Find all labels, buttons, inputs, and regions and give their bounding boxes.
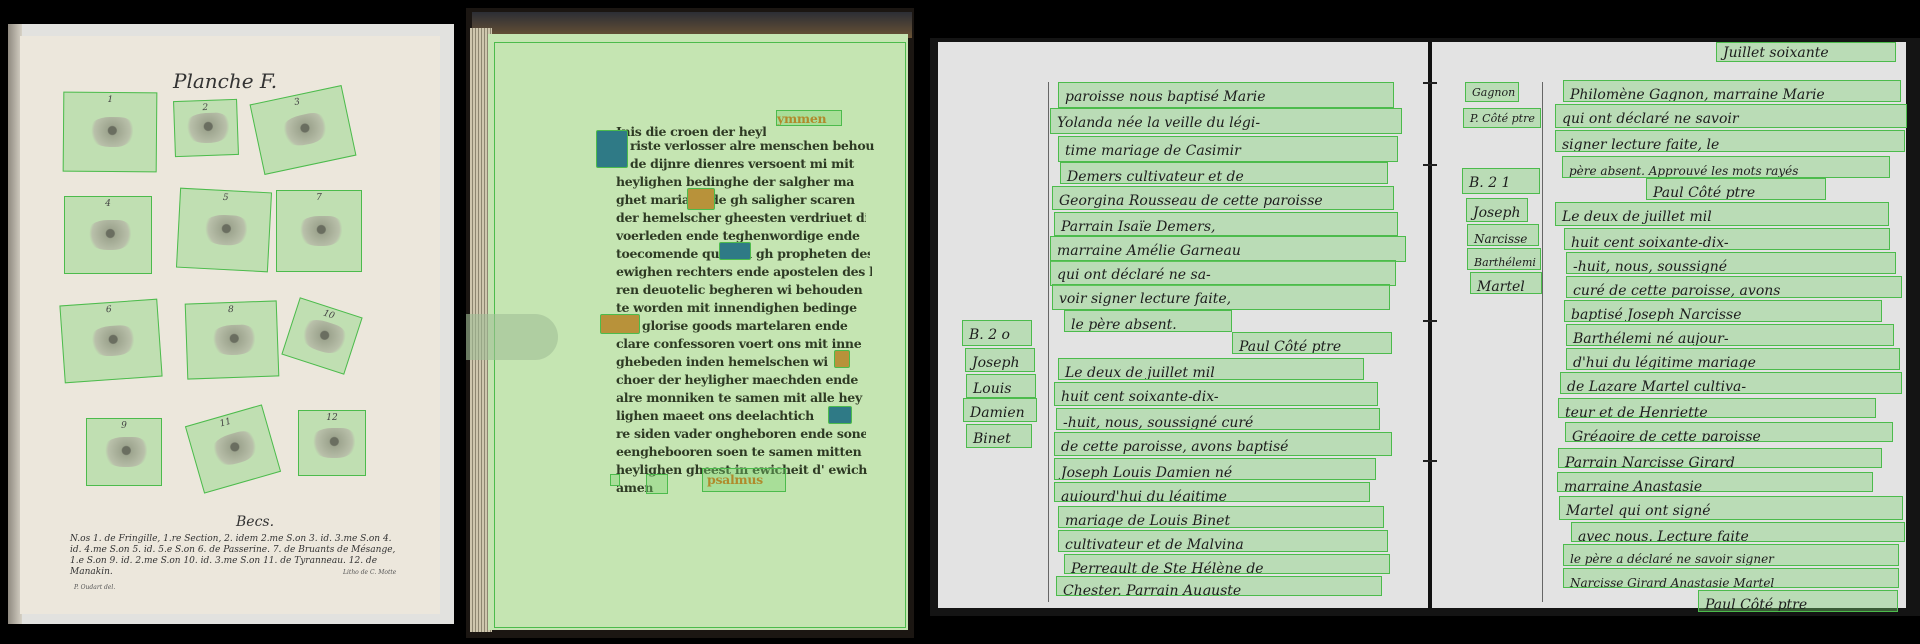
text-line[interactable]: time mariage de Casimir — [1058, 136, 1398, 162]
text-line[interactable]: Joseph Louis Damien né — [1054, 458, 1376, 480]
manuscript-panel: Inis die croen der heylighen ymmen riste… — [466, 8, 914, 638]
ms-line: Inis die croen der heylighen — [616, 124, 766, 139]
margin-entry-line[interactable]: Barthélemi — [1467, 248, 1541, 270]
bird-head-image — [87, 324, 135, 357]
plate-title: Planche F. — [173, 69, 277, 93]
initial-o-box[interactable] — [719, 242, 751, 260]
ms-line: choer der heyligher maechden ende — [616, 372, 866, 387]
text-line[interactable]: d'hui du légitime mariage — [1566, 348, 1900, 370]
bird-head-image — [208, 324, 255, 356]
text-line[interactable]: avec nous. Lecture faite — [1571, 522, 1905, 542]
initial-a-box[interactable] — [646, 474, 668, 494]
ms-line: der hemelscher gheesten verdriuet die — [616, 210, 866, 225]
ms-line: eenghebooren soen te samen mitten — [616, 444, 866, 459]
text-line[interactable]: Georgina Rousseau de cette paroisse — [1052, 186, 1394, 210]
ms-line: ren deuotelic begheren wi behouden — [616, 282, 866, 297]
initial-c-box[interactable] — [596, 130, 628, 168]
bird-head-image — [207, 428, 259, 470]
text-line[interactable]: Demers cultivateur et de — [1060, 162, 1388, 184]
text-line[interactable]: père absent. Approuvé les mots rayés — [1562, 156, 1890, 178]
ms-line: lighen maeet ons deelachtich — [616, 408, 838, 423]
rubric-ymmen[interactable]: ymmen — [776, 110, 842, 126]
text-line[interactable]: baptisé Joseph Narcisse — [1564, 300, 1882, 322]
ms-line: alre monniken te samen mit alle hey — [616, 390, 872, 405]
figure-box-5[interactable]: 5 — [176, 188, 272, 273]
bird-head-image — [85, 220, 131, 250]
text-line[interactable]: Barthélemi né aujour- — [1566, 324, 1894, 346]
margin-note-line[interactable]: Gagnon — [1465, 82, 1519, 102]
text-line[interactable]: Martel qui ont signé — [1559, 496, 1903, 520]
margin-entry-line[interactable]: Joseph — [1466, 198, 1528, 222]
text-line[interactable]: Chester. Parrain Auguste — [1056, 576, 1382, 596]
bookmark-ribbon — [466, 314, 558, 360]
ms-line: te worden mit innendighen bedinge — [616, 300, 870, 315]
text-line[interactable]: -huit, nous, soussigné curé — [1056, 408, 1380, 430]
text-line[interactable]: marraine Amélie Garneau — [1050, 236, 1406, 262]
figure-box-4[interactable]: 4 — [64, 196, 152, 274]
left-margin-rule — [1048, 82, 1049, 602]
text-line[interactable]: Le deux de juillet mil — [1555, 202, 1889, 226]
ms-line: re siden vader ongheboren ende sone — [616, 426, 866, 441]
margin-entry-line[interactable]: B. 2 o — [962, 320, 1032, 346]
bird-head-image — [101, 437, 147, 467]
figure-box-9[interactable]: 9 — [86, 418, 162, 486]
fold-tick — [1423, 164, 1437, 166]
text-line[interactable]: Perreault de Ste Hélène de — [1064, 554, 1390, 574]
text-line[interactable]: curé de cette paroisse, avons — [1566, 276, 1902, 298]
ms-line: clare confessoren voert ons mit inne — [616, 336, 872, 351]
figure-box-12[interactable]: 12 — [298, 410, 366, 476]
text-line[interactable]: signer lecture faite, le — [1555, 130, 1905, 152]
bird-head-image — [182, 112, 229, 144]
margin-entry-line[interactable]: Joseph — [965, 348, 1035, 372]
text-line[interactable]: marraine Anastasie — [1557, 472, 1873, 492]
text-line[interactable]: Parrain Narcisse Girard — [1558, 448, 1882, 468]
bird-head-image — [277, 111, 328, 150]
text-line[interactable]: huit cent soixante-dix- — [1564, 228, 1890, 250]
text-line[interactable]: le père a déclaré ne savoir signer — [1563, 544, 1899, 566]
text-line[interactable]: Narcisse Girard Anastasie Martel — [1563, 568, 1899, 588]
signature-line[interactable]: Paul Côté ptre — [1232, 332, 1392, 354]
rubric-psalmus[interactable]: psalmus — [702, 468, 786, 492]
text-line[interactable]: aujourd'hui du légitime — [1054, 482, 1370, 502]
right-margin-rule — [1542, 82, 1543, 602]
initial-g-box[interactable] — [828, 406, 852, 424]
small-initial-box[interactable] — [610, 474, 620, 486]
text-line[interactable]: -huit, nous, soussigné — [1566, 252, 1896, 274]
fold-tick — [1423, 320, 1437, 322]
initial-d-box[interactable] — [834, 350, 850, 368]
ms-line: voerleden ende teghenwordige ende — [616, 228, 860, 243]
margin-entry-line[interactable]: B. 2 1 — [1462, 168, 1540, 194]
text-line[interactable]: Le deux de juillet mil — [1058, 358, 1364, 380]
margin-entry-line[interactable]: Narcisse — [1467, 224, 1539, 246]
figure-box-2[interactable]: 2 — [173, 99, 239, 157]
text-line[interactable]: huit cent soixante-dix- — [1054, 382, 1378, 406]
figure-box-7[interactable]: 7 — [276, 190, 362, 272]
manuscript-page: Inis die croen der heylighen ymmen riste… — [488, 34, 908, 630]
ms-line: de dijnre dienres versoent mi mit — [630, 156, 856, 171]
fold-tick — [1423, 460, 1437, 462]
ms-line: heylighen bedinghe der salgher ma — [616, 174, 866, 189]
text-line[interactable]: paroisse nous baptisé Marie — [1058, 82, 1394, 108]
text-line[interactable]: voir signer lecture faite, — [1052, 284, 1390, 310]
ms-line: ewighen rechters ende apostelen des he — [616, 264, 872, 279]
bird-head-image — [87, 117, 133, 147]
text-line[interactable]: Yolanda née la veille du légi- — [1050, 108, 1402, 134]
plate-subtitle: Becs. — [236, 514, 274, 530]
initial-o2-box[interactable] — [600, 314, 640, 334]
plate-credit-left: P. Oudart del. — [74, 584, 115, 591]
register-sheet: B. 2 o Joseph Louis Damien Binet paroiss… — [938, 42, 1906, 608]
fold-tick — [1423, 82, 1437, 84]
text-line[interactable]: mariage de Louis Binet — [1058, 506, 1384, 528]
signature-line[interactable]: Paul Côté ptre — [1698, 590, 1898, 612]
bird-head-image — [295, 315, 348, 358]
margin-entry-line[interactable]: Martel — [1470, 272, 1542, 294]
figure-box-6[interactable]: 6 — [59, 299, 162, 384]
ms-line: glorise goods martelaren ende — [642, 318, 866, 333]
text-line[interactable]: cultivateur et de Malvina — [1058, 530, 1388, 552]
ms-line: ghet maria ende gh saligher scaren — [616, 192, 866, 207]
text-line[interactable]: Philomène Gagnon, marraine Marie — [1563, 80, 1901, 102]
margin-entry-line[interactable]: Binet — [966, 424, 1032, 448]
signature-line[interactable]: Paul Côté ptre — [1646, 178, 1826, 200]
bird-plate-panel: Planche F. 1 2 3 4 5 7 6 8 10 9 11 12 Be… — [8, 24, 454, 624]
initial-e-box[interactable] — [687, 188, 715, 210]
parish-register-panel: B. 2 o Joseph Louis Damien Binet paroiss… — [930, 38, 1920, 616]
margin-entry-line[interactable]: Louis — [966, 374, 1036, 398]
text-line[interactable]: qui ont déclaré ne savoir — [1555, 104, 1907, 128]
ms-line: ghebeden inden hemelschen wi — [616, 354, 844, 369]
plate-credit-right: Litho de C. Motte — [343, 569, 396, 576]
text-line[interactable]: Parrain Isaïe Demers, — [1054, 212, 1398, 236]
bird-head-image — [296, 216, 342, 246]
header-month[interactable]: Juillet soixante — [1716, 42, 1896, 62]
margin-note-line[interactable]: P. Côté ptre — [1463, 108, 1541, 128]
text-line[interactable]: le père absent. — [1064, 310, 1232, 332]
margin-entry-line[interactable]: Damien — [963, 398, 1037, 422]
figure-box-8[interactable]: 8 — [185, 300, 280, 379]
ms-line: riste verlosser alre menschen behou — [630, 138, 876, 153]
text-line[interactable]: teur et de Henriette — [1558, 398, 1876, 418]
text-line[interactable]: Grégoire de cette paroisse — [1565, 422, 1893, 442]
text-line[interactable]: qui ont déclaré ne sa- — [1050, 260, 1396, 286]
text-line[interactable]: de cette paroisse, avons baptisé — [1054, 432, 1392, 456]
bird-head-image — [309, 428, 355, 458]
text-line[interactable]: de Lazare Martel cultiva- — [1560, 372, 1902, 394]
page-fold — [1428, 42, 1432, 608]
bird-head-image — [200, 214, 248, 246]
figure-box-1[interactable]: 1 — [63, 92, 158, 173]
